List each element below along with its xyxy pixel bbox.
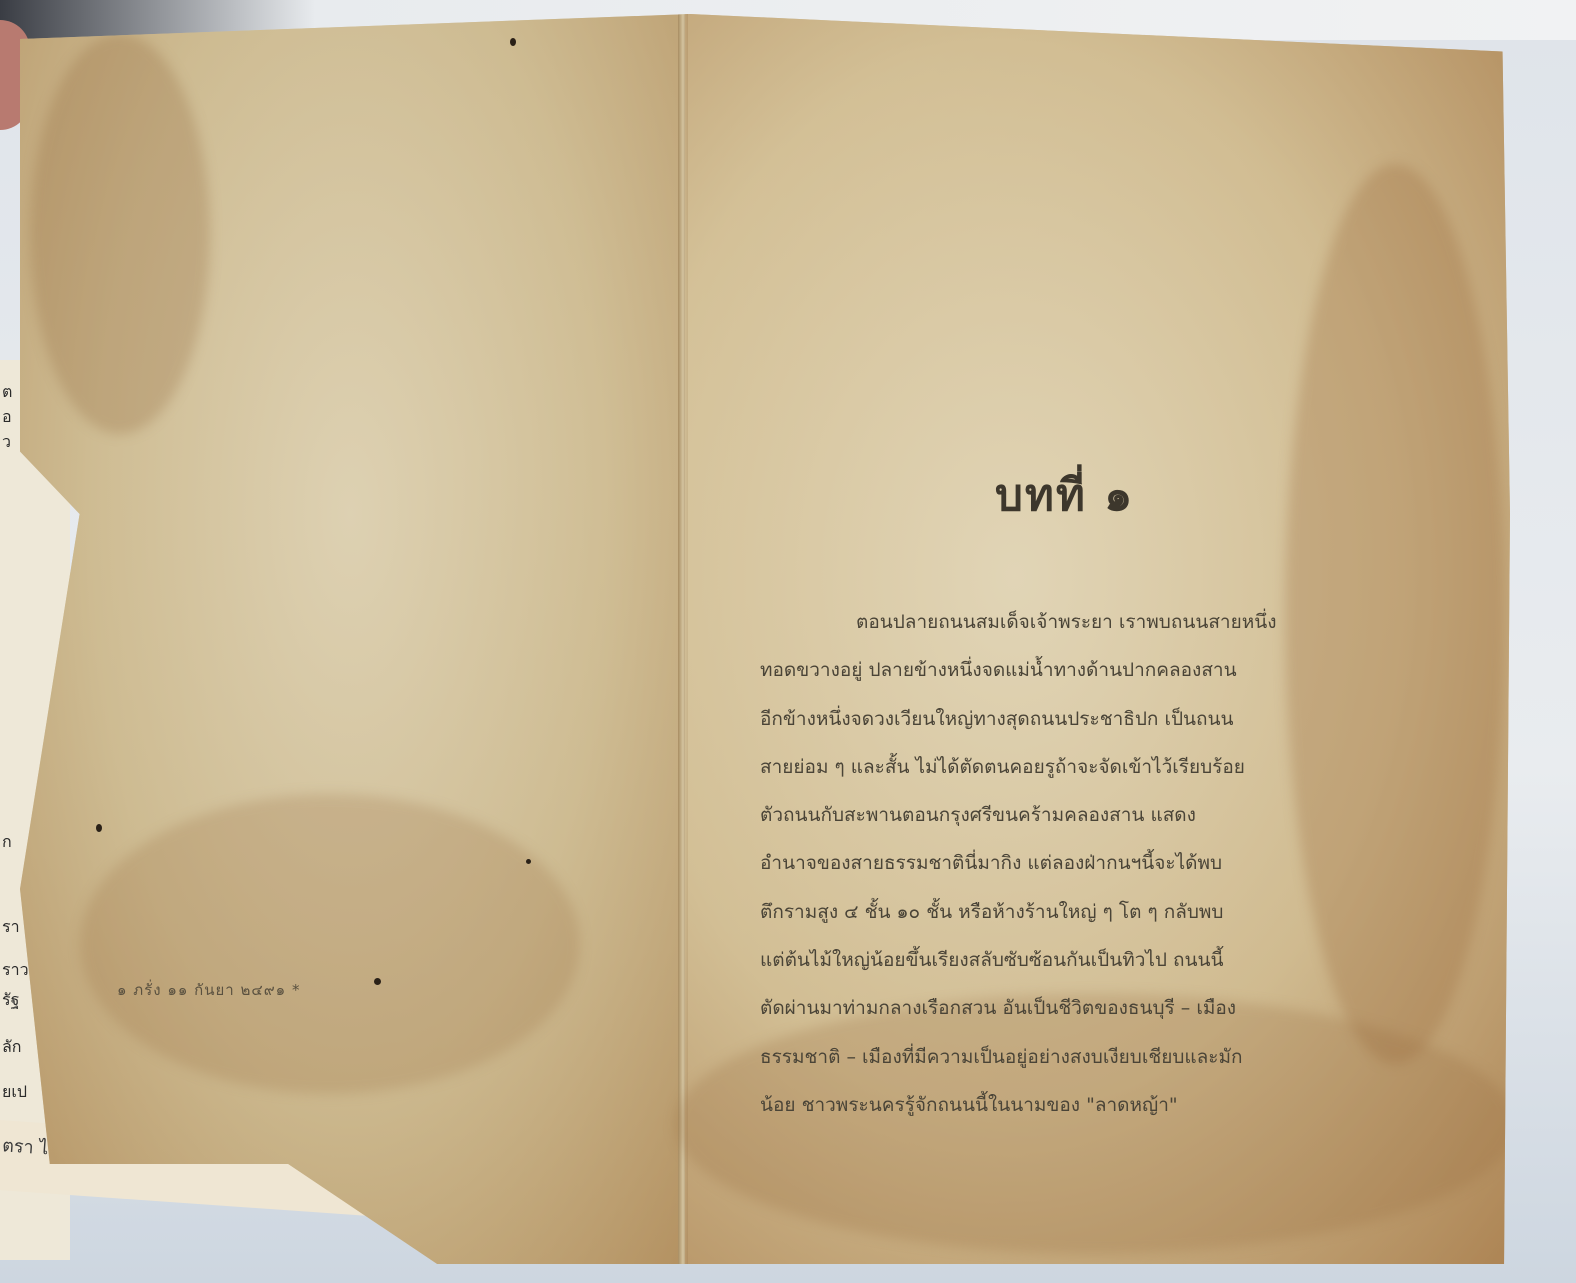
body-line: อำนาจของสายธรรมชาตินี่มากิง แต่ลองฝ่ากนฯ…	[760, 839, 1340, 887]
underlying-text-fragment: ราว	[2, 958, 29, 983]
body-line: ตอนปลายถนนสมเด็จเจ้าพระยา เราพบถนนสายหนึ…	[760, 598, 1340, 646]
underlying-text-fragment: รา	[2, 915, 20, 940]
body-line: ตัวถนนกับสะพานตอนกรุงศรีขนคร้ามคลองสาน แ…	[760, 791, 1340, 839]
body-line: สายย่อม ๆ และสั้น ไม่ได้ตัดตนคอยรูถ้าจะจ…	[760, 743, 1340, 791]
underlying-text-fragment: รัฐ	[2, 988, 19, 1013]
underlying-text-fragment: ยเป	[2, 1080, 27, 1105]
left-page	[20, 14, 680, 1264]
left-page-footer-note: ๑ ภรั่ง ๑๑ กันยา ๒๔๙๑ *	[117, 978, 300, 1002]
underlying-text-fragment: ก	[2, 830, 12, 855]
ink-speck	[96, 824, 102, 832]
body-line: ตัดผ่านมาท่ามกลางเรือกสวน อันเป็นชีวิตขอ…	[760, 984, 1340, 1032]
body-line: แต่ต้นไม้ใหญ่น้อยขึ้นเรียงสลับซับซ้อนกัน…	[760, 936, 1340, 984]
underlying-text-fragment: ลัก	[2, 1035, 22, 1060]
ink-speck	[510, 38, 516, 46]
body-line: ตึกรามสูง ๔ ชั้น ๑๐ ชั้น หรือห้างร้านใหญ…	[760, 888, 1340, 936]
underlying-text-fragment: ต	[2, 380, 12, 405]
chapter-title: บทที่ ๑	[995, 460, 1134, 530]
ink-speck	[526, 859, 531, 864]
body-line: ธรรมชาติ – เมืองที่มีความเป็นอยู่อย่างสง…	[760, 1033, 1340, 1081]
underlying-text-fragment: ว	[2, 430, 11, 455]
body-line: น้อย ชาวพระนครรู้จักถนนนี้ในนามของ "ลาดห…	[760, 1081, 1340, 1129]
underlying-text-fragment: อ	[2, 405, 12, 430]
chapter-body: ตอนปลายถนนสมเด็จเจ้าพระยา เราพบถนนสายหนึ…	[760, 598, 1340, 1129]
water-stain	[80, 794, 580, 1094]
body-line: ทอดขวางอยู่ ปลายข้างหนึ่งจดแม่น้ำทางด้าน…	[760, 646, 1340, 694]
water-stain	[30, 34, 210, 434]
ink-speck	[374, 978, 381, 985]
body-line: อีกข้างหนึ่งจดวงเวียนใหญ่ทางสุดถนนประชาธ…	[760, 695, 1340, 743]
